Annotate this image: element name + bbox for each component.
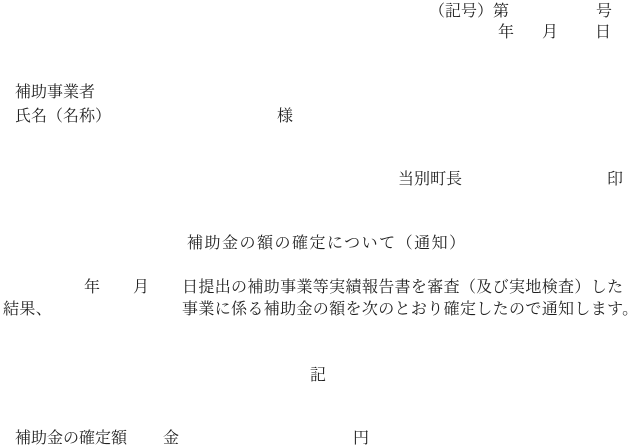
body-line2-lead: 結果、 — [3, 301, 52, 319]
amount-currency-prefix: 金 — [163, 430, 179, 448]
date-year-label: 年 — [498, 24, 514, 42]
ref-number-suffix: 号 — [596, 3, 612, 21]
body-month-label: 月 — [133, 279, 149, 297]
ref-number-prefix: （記号）第 — [429, 3, 509, 21]
document-page: （記号）第 号 年 月 日 補助事業者 氏名（名称） 様 当別町長 印 補助金の… — [0, 0, 635, 448]
amount-currency-suffix: 円 — [353, 430, 369, 448]
body-line1-text: 日提出の補助事業等実績報告書を審査（及び実地検査）した — [182, 279, 623, 297]
date-day-label: 日 — [595, 24, 611, 42]
sender-title: 当別町長 — [398, 171, 462, 189]
recipient-name-label: 氏名（名称） — [15, 108, 111, 126]
body-line2-text: 事業に係る補助金の額を次のとおり確定したので通知します。 — [182, 301, 635, 319]
date-month-label: 月 — [542, 24, 558, 42]
recipient-role-label: 補助事業者 — [15, 84, 95, 102]
amount-label: 補助金の確定額 — [15, 430, 127, 448]
document-subject: 補助金の額の確定について（通知） — [187, 235, 467, 253]
body-year-label: 年 — [84, 279, 100, 297]
section-marker: 記 — [310, 367, 326, 385]
seal-placeholder: 印 — [607, 171, 623, 189]
recipient-honorific: 様 — [277, 108, 293, 126]
